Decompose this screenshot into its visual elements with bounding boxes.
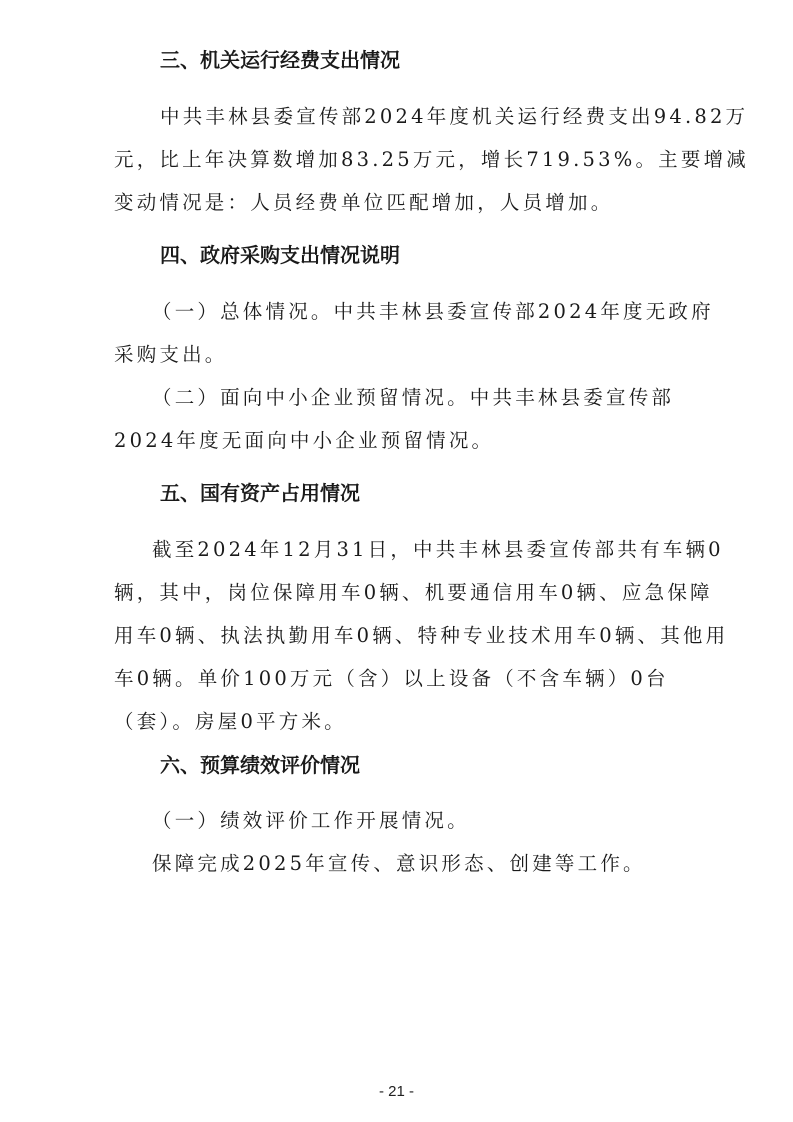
- section-5-line-5: （套）。房屋0平方米。: [114, 707, 347, 737]
- section-4-line-2: 采购支出。: [114, 340, 228, 370]
- section-4-heading: 四、政府采购支出情况说明: [160, 240, 400, 270]
- section-6-line-1: （一）绩效评价工作开展情况。: [152, 806, 470, 836]
- section-3-heading: 三、机关运行经费支出情况: [160, 45, 400, 75]
- section-3-line-2: 元，比上年决算数增加83.25万元，增长719.53%。主要增减: [114, 145, 749, 175]
- section-5-line-4: 车0辆。单价100万元（含）以上设备（不含车辆）0台: [114, 664, 669, 694]
- section-4-line-3: （二）面向中小企业预留情况。中共丰林县委宣传部: [152, 383, 674, 413]
- section-3-line-3: 变动情况是：人员经费单位匹配增加，人员增加。: [114, 188, 613, 218]
- section-5-heading: 五、国有资产占用情况: [160, 478, 360, 508]
- section-5-line-1: 截至2024年12月31日，中共丰林县委宣传部共有车辆0: [152, 535, 724, 565]
- section-6-line-2: 保障完成2025年宣传、意识形态、创建等工作。: [152, 849, 646, 879]
- section-5-line-3: 用车0辆、执法执勤用车0辆、特种专业技术用车0辆、其他用: [114, 621, 728, 651]
- section-5-line-2: 辆，其中，岗位保障用车0辆、机要通信用车0辆、应急保障: [114, 578, 713, 608]
- section-4-line-1: （一）总体情况。中共丰林县委宣传部2024年度无政府: [152, 297, 714, 327]
- section-6-heading: 六、预算绩效评价情况: [160, 750, 360, 780]
- section-4-line-4: 2024年度无面向中小企业预留情况。: [114, 426, 494, 456]
- page-number: - 21 -: [0, 1083, 793, 1100]
- section-3-line-1: 中共丰林县委宣传部2024年度机关运行经费支出94.82万: [160, 102, 748, 132]
